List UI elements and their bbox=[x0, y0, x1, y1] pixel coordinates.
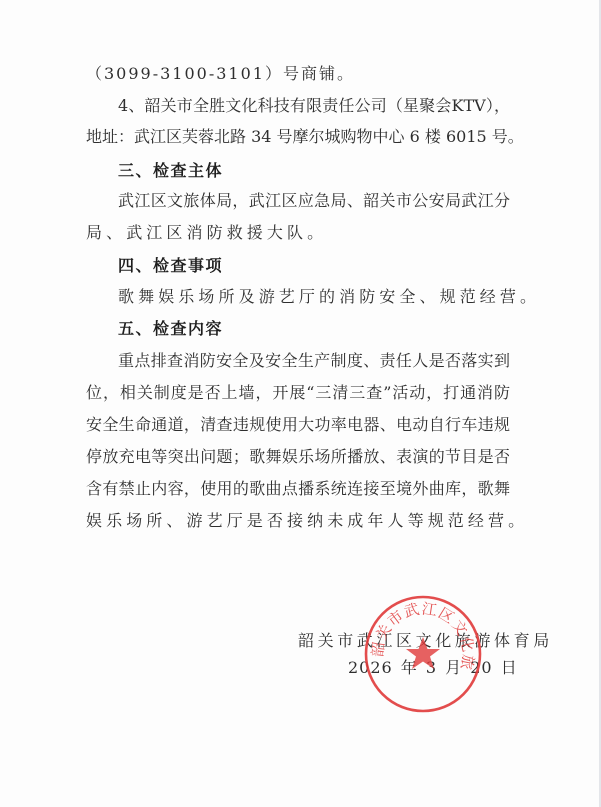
document-page: （3099-3100-3101）号商铺。 4、韶关市全胜文化科技有限责任公司（星… bbox=[0, 0, 601, 807]
item-4-address: 地址：武江区芙蓉北路 34 号摩尔城购物中心 6 楼 6015 号。 bbox=[86, 127, 510, 147]
section-5-line-1: 重点排查消防安全及安全生产制度、责任人是否落实到 bbox=[118, 351, 510, 371]
section-5-line-6: 娱乐场所、游艺厅是否接纳未成年人等规范经营。 bbox=[86, 511, 510, 531]
section-3-line-1: 武江区文旅体局，武江区应急局、韶关市公安局武江分 bbox=[118, 191, 510, 211]
section-3-line-2: 局、武江区消防救援大队。 bbox=[86, 223, 510, 243]
section-5-line-3: 安全生命通道，清查违规使用大功率电器、电动自行车违规 bbox=[86, 415, 510, 435]
section-5-line-5: 含有禁止内容，使用的歌曲点播系统连接至境外曲库，歌舞 bbox=[86, 479, 510, 499]
section-heading-inspection-content: 五、检查内容 bbox=[118, 319, 510, 339]
address-continuation: （3099-3100-3101）号商铺。 bbox=[86, 64, 510, 84]
section-5-line-4: 停放充电等突出问题；歌舞娱乐场所播放、表演的节目是否 bbox=[86, 447, 510, 467]
section-heading-inspection-items: 四、检查事项 bbox=[118, 256, 510, 276]
section-heading-inspection-subject: 三、检查主体 bbox=[118, 161, 510, 181]
section-5-line-2: 位，相关制度是否上墙，开展“三清三查”活动，打通消防 bbox=[86, 383, 510, 403]
item-4-company: 4、韶关市全胜文化科技有限责任公司（星聚会KTV）， bbox=[118, 96, 510, 116]
official-seal-icon: 韶关市武江区文化旅游体育局 bbox=[362, 593, 484, 715]
section-4-line-1: 歌舞娱乐场所及游艺厅的消防安全、规范经营。 bbox=[118, 287, 510, 307]
